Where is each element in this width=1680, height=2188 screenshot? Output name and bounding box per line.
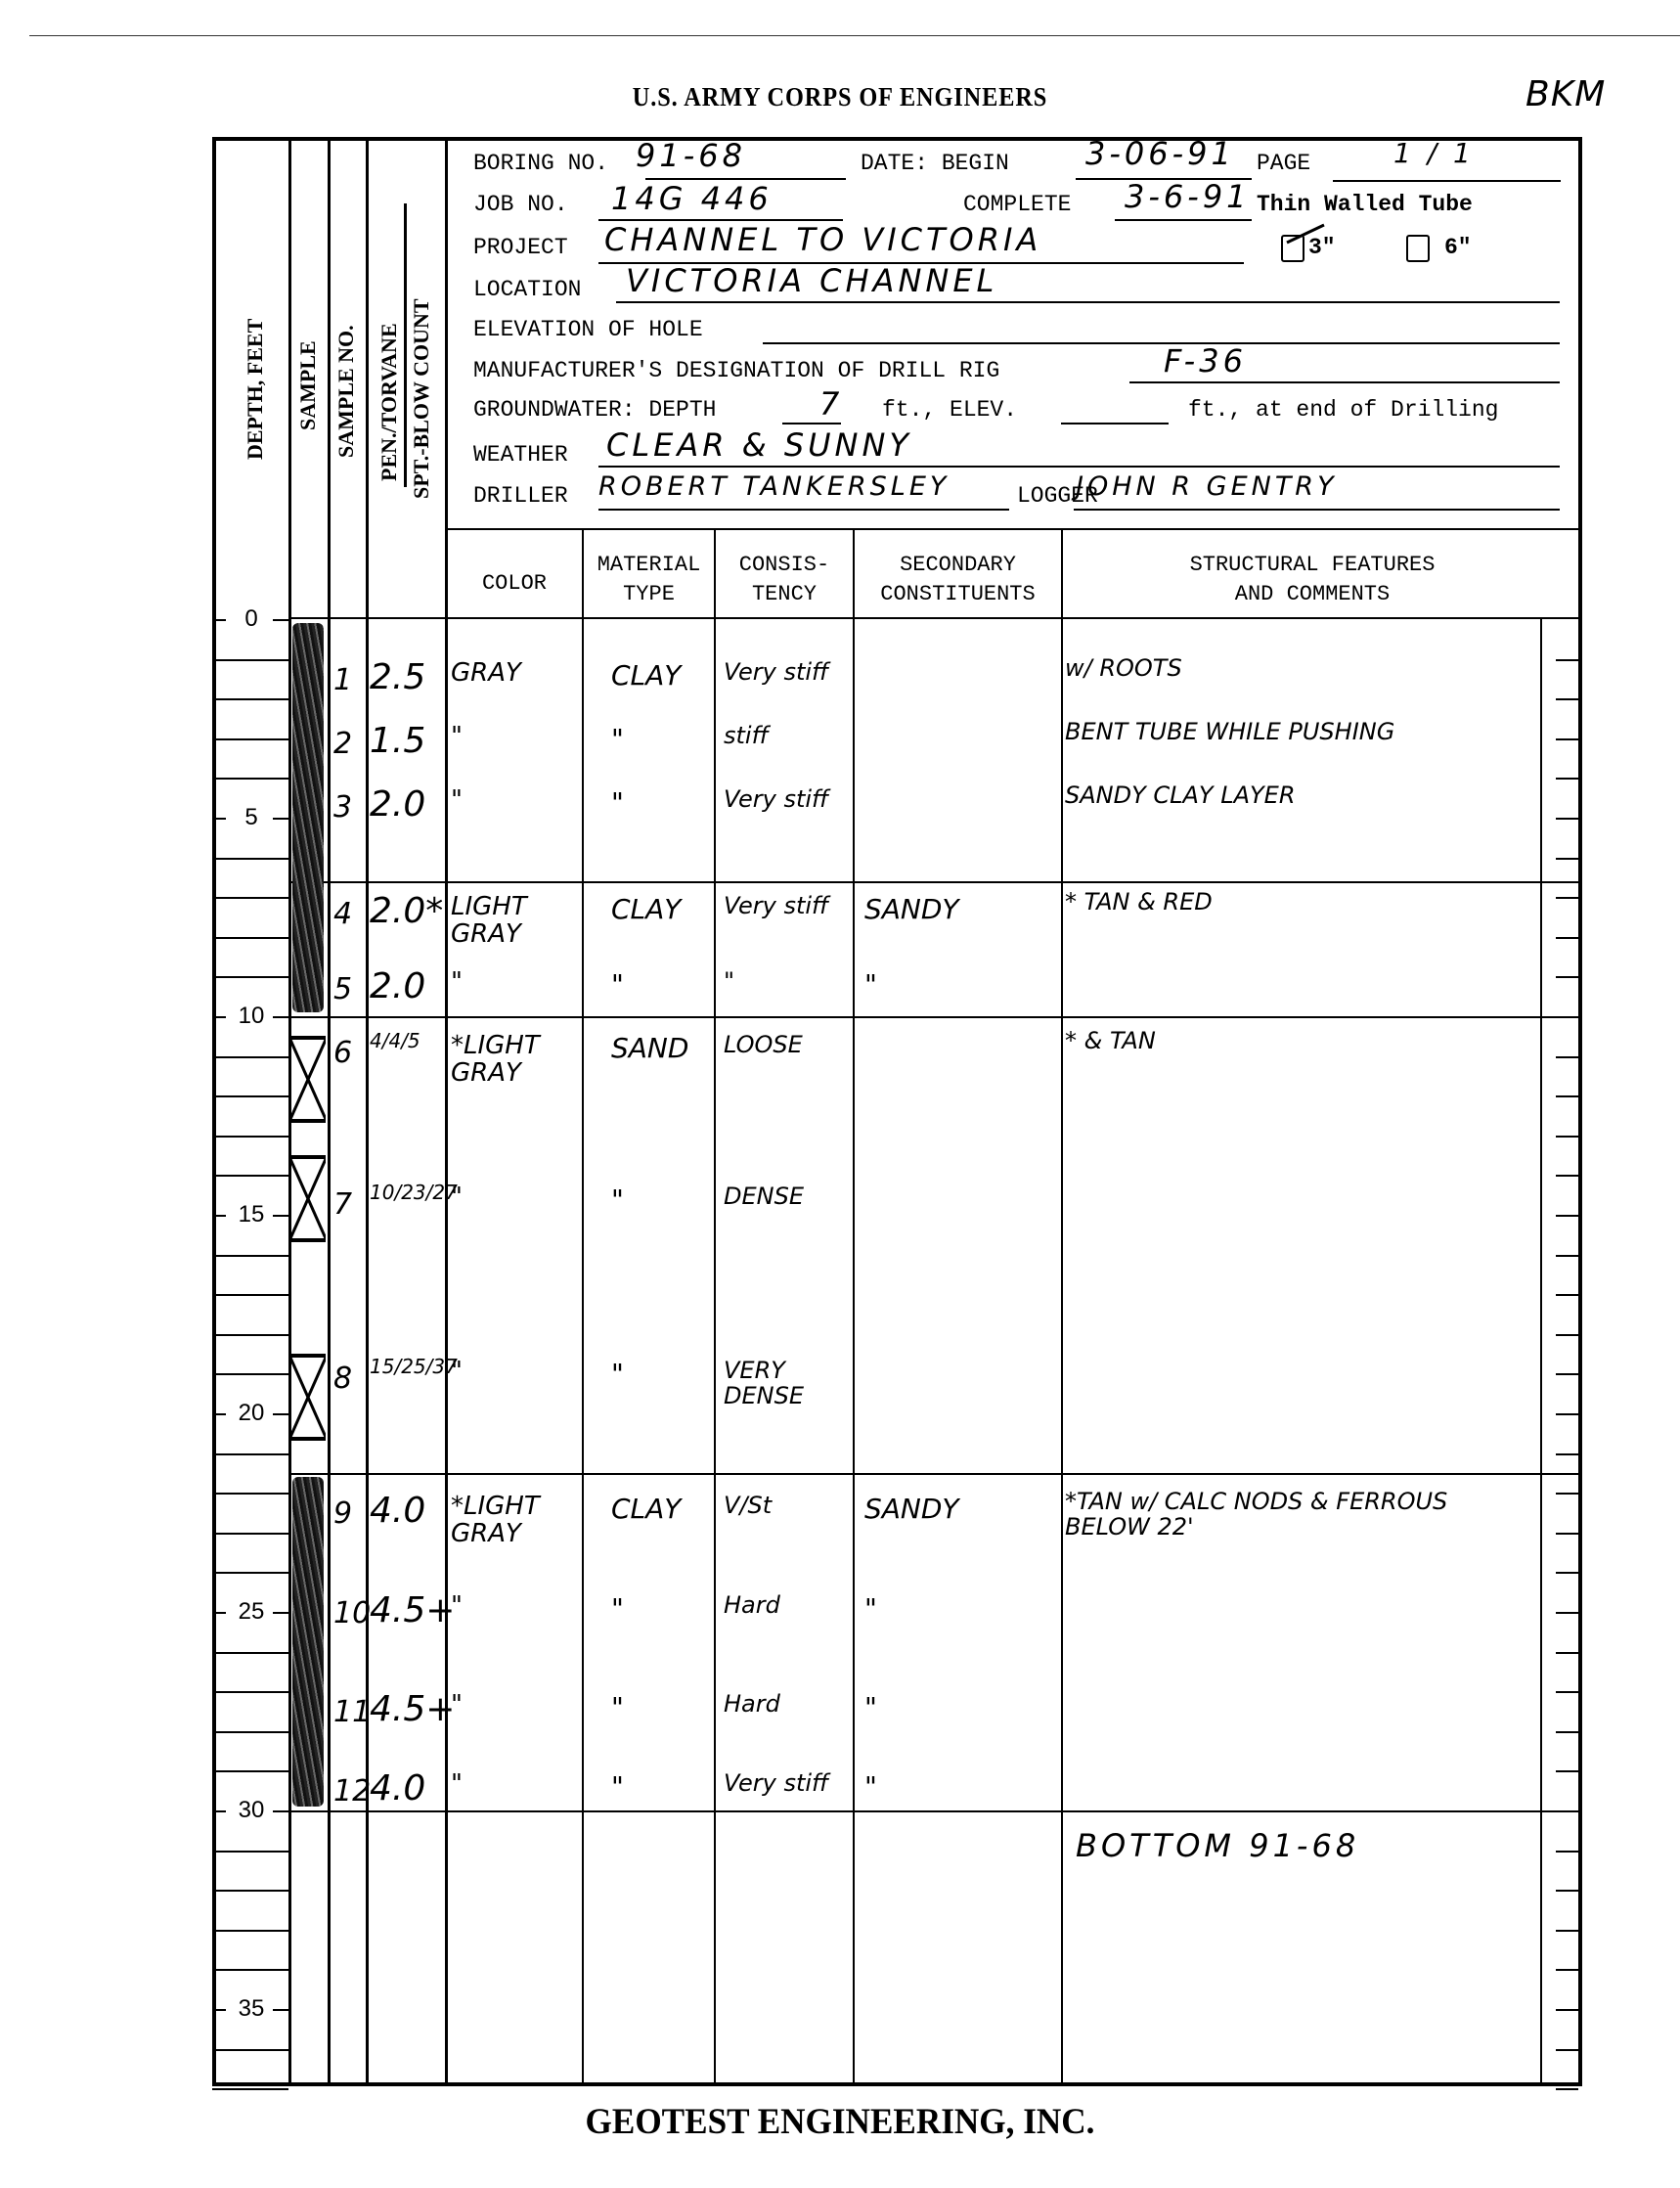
- right-tick: [1556, 1136, 1578, 1138]
- boring-no-label: BORING NO.: [473, 151, 608, 176]
- color-value: ": [451, 1358, 578, 1385]
- elevation-label: ELEVATION OF HOLE: [473, 317, 703, 342]
- right-tick: [1556, 1334, 1578, 1336]
- depth-tick-major: [273, 1612, 288, 1614]
- pen-torvane-value: 2.5: [370, 657, 425, 697]
- right-tick: [1556, 738, 1578, 740]
- right-tick: [1556, 1572, 1578, 1574]
- header-divider: [445, 528, 1578, 530]
- right-tick: [1556, 1731, 1578, 1733]
- depth-label: 35: [232, 1995, 271, 2023]
- secondary-value: ": [864, 1691, 877, 1723]
- depth-tick-major: [212, 1215, 226, 1217]
- col-sample: SAMPLE: [295, 340, 321, 430]
- depth-tick-minor: [212, 937, 288, 939]
- col-structural-line1: STRUCTURAL FEATURES: [1063, 551, 1562, 580]
- material-value: ": [611, 1183, 624, 1216]
- pen-torvane-value: 2.0*: [370, 891, 443, 931]
- right-tick: [1556, 1095, 1578, 1097]
- sample-number: 4: [333, 897, 352, 931]
- groundwater-depth-underline: [782, 423, 841, 424]
- weather-value[interactable]: CLEAR & SUNNY: [606, 426, 912, 464]
- sample-number: 2: [333, 727, 352, 761]
- drill-rig-label: MANUFACTURER'S DESIGNATION OF DRILL RIG: [473, 358, 999, 383]
- column-divider: [853, 528, 855, 2083]
- depth-tick-major: [273, 1215, 288, 1217]
- col-secondary-line1: SECONDARY: [855, 551, 1061, 580]
- depth-tick-minor: [212, 1056, 288, 1058]
- sample-number: 8: [333, 1362, 352, 1396]
- end-of-drilling-label: ft., at end of Drilling: [1188, 397, 1498, 423]
- column-divider: [445, 140, 448, 2083]
- depth-tick-major: [212, 2009, 226, 2011]
- logger-value[interactable]: JOHN R GENTRY: [1076, 471, 1338, 502]
- color-value: *LIGHT GRAY: [451, 1493, 578, 1547]
- material-value: ": [611, 1691, 624, 1723]
- job-no-label: JOB NO.: [473, 192, 568, 217]
- consistency-value: Hard: [724, 1691, 851, 1717]
- secondary-value: ": [864, 968, 877, 1001]
- col-consistency: CONSIS- TENCY: [716, 551, 853, 609]
- company-footer: GEOTEST ENGINEERING, INC.: [42, 2101, 1638, 2143]
- driller-underline: [598, 509, 1009, 511]
- secondary-value: SANDY: [864, 893, 959, 925]
- bottom-of-boring-note: BOTTOM 91-68: [1076, 1827, 1359, 1864]
- right-tick: [1556, 858, 1578, 860]
- sample-number: 9: [333, 1496, 352, 1531]
- depth-tick-major: [212, 1810, 226, 1812]
- right-tick: [1556, 2088, 1578, 2090]
- date-complete-value[interactable]: 3-6-91: [1125, 178, 1251, 215]
- page-label: PAGE: [1257, 151, 1310, 176]
- depth-tick-minor: [212, 1373, 288, 1375]
- right-tick: [1556, 1453, 1578, 1455]
- depth-tick-minor: [212, 1930, 288, 1932]
- right-tick: [1556, 1890, 1578, 1892]
- depth-tick-minor: [212, 858, 288, 860]
- depth-tick-minor: [212, 1851, 288, 1853]
- drill-rig-underline: [1129, 381, 1560, 383]
- depth-tick-minor: [212, 1770, 288, 1772]
- tube-3in-label: 3": [1308, 235, 1336, 260]
- right-tick: [1556, 1612, 1578, 1614]
- comment-value: w/ ROOTS: [1065, 655, 1515, 681]
- material-value: ": [611, 786, 624, 819]
- tube-sample-icon: [292, 623, 324, 1012]
- right-tick: [1556, 976, 1578, 978]
- right-tick: [1556, 1533, 1578, 1535]
- right-tick: [1556, 659, 1578, 661]
- col-consistency-line1: CONSIS-: [716, 551, 853, 580]
- color-value: ": [451, 723, 578, 750]
- depth-tick-minor: [212, 1691, 288, 1693]
- depth-tick-major: [273, 619, 288, 621]
- location-value[interactable]: VICTORIA CHANNEL: [626, 262, 997, 299]
- depth-tick-minor: [212, 2049, 288, 2051]
- depth-tick-minor: [212, 1493, 288, 1495]
- right-tick: [1556, 1652, 1578, 1654]
- right-tick: [1556, 2049, 1578, 2051]
- tube-sample-icon: [292, 1477, 324, 1807]
- right-tick: [1556, 1175, 1578, 1177]
- column-divider: [1061, 528, 1063, 2083]
- depth-label: 15: [232, 1201, 271, 1228]
- col-sample-no: SAMPLE NO.: [333, 325, 359, 458]
- pen-torvane-value: 4.5+: [370, 1689, 455, 1729]
- depth-tick-minor: [212, 897, 288, 899]
- tube-6in-label: 6": [1444, 235, 1472, 260]
- depth-tick-minor: [212, 698, 288, 700]
- sample-number: 1: [333, 663, 352, 697]
- comment-value: SANDY CLAY LAYER: [1065, 782, 1515, 808]
- depth-label: 0: [232, 605, 271, 633]
- right-tick: [1556, 1770, 1578, 1772]
- depth-label: 20: [232, 1400, 271, 1427]
- depth-tick-minor: [212, 738, 288, 740]
- depth-tick-minor: [212, 778, 288, 780]
- location-underline: [616, 301, 1560, 303]
- depth-label: 30: [232, 1797, 271, 1824]
- col-material: MATERIAL TYPE: [584, 551, 714, 609]
- weather-label: WEATHER: [473, 442, 568, 468]
- secondary-value: ": [864, 1770, 877, 1803]
- depth-tick-major: [273, 2009, 288, 2011]
- right-tick: [1556, 818, 1578, 820]
- depth-tick-minor: [212, 1136, 288, 1138]
- depth-tick-minor: [212, 659, 288, 661]
- strata-boundary: [288, 1810, 1578, 1812]
- pen-torvane-value: 2.0: [370, 784, 425, 825]
- col-secondary-line2: CONSTITUENTS: [855, 580, 1061, 609]
- material-value: CLAY: [611, 893, 681, 925]
- col-structural-line2: AND COMMENTS: [1063, 580, 1562, 609]
- sample-number: 6: [333, 1036, 352, 1070]
- groundwater-depth-value[interactable]: 7: [819, 385, 843, 423]
- comment-value: * & TAN: [1065, 1028, 1515, 1053]
- right-tick: [1556, 1294, 1578, 1296]
- consistency-value: Hard: [724, 1592, 851, 1618]
- depth-tick-minor: [212, 1453, 288, 1455]
- spt-sample-icon: [290, 1155, 326, 1242]
- right-tick: [1556, 1969, 1578, 1971]
- depth-tick-minor: [212, 1294, 288, 1296]
- pen-torvane-value: 10/23/27: [370, 1182, 438, 1203]
- boring-row: BORING NO.: [473, 151, 608, 176]
- reviewer-initials: BKM: [1525, 74, 1606, 114]
- material-value: ": [611, 1592, 624, 1625]
- column-divider: [328, 140, 331, 2083]
- consistency-value: Very stiff: [724, 786, 851, 812]
- logger-underline: [1074, 509, 1560, 511]
- secondary-value: SANDY: [864, 1493, 959, 1525]
- pen-torvane-value: 4.0: [370, 1491, 425, 1531]
- right-tick: [1556, 1851, 1578, 1853]
- col-material-line2: TYPE: [584, 580, 714, 609]
- right-tick: [1556, 1373, 1578, 1375]
- agency-title: U.S. ARMY CORPS OF ENGINEERS: [84, 82, 1596, 112]
- complete-label: COMPLETE: [963, 192, 1071, 217]
- strata-boundary: [288, 1016, 1578, 1018]
- depth-label: 10: [232, 1003, 271, 1030]
- color-value: LIGHT GRAY: [451, 893, 578, 948]
- material-value: ": [611, 1358, 624, 1390]
- depth-tick-minor: [212, 2088, 288, 2090]
- depth-tick-major: [212, 1413, 226, 1415]
- consistency-value: Very stiff: [724, 893, 851, 918]
- job-no-value[interactable]: 14G 446: [611, 180, 773, 217]
- comment-value: * TAN & RED: [1065, 889, 1515, 915]
- date-complete-underline: [1115, 219, 1252, 221]
- sample-number: 11: [333, 1695, 371, 1729]
- depth-tick-major: [212, 619, 226, 621]
- depth-tick-minor: [212, 976, 288, 978]
- material-value: ": [611, 723, 624, 755]
- sample-number: 7: [333, 1187, 352, 1222]
- date-begin-label: DATE: BEGIN: [861, 151, 1009, 176]
- depth-tick-minor: [212, 1652, 288, 1654]
- date-begin-value[interactable]: 3-06-91: [1085, 135, 1235, 172]
- material-value: ": [611, 968, 624, 1001]
- col-consistency-line2: TENCY: [716, 580, 853, 609]
- consistency-value: DENSE: [724, 1183, 851, 1209]
- right-tick: [1556, 937, 1578, 939]
- depth-tick-minor: [212, 1572, 288, 1574]
- groundwater-depth-label: GROUNDWATER: DEPTH: [473, 397, 716, 423]
- sample-number: 5: [333, 972, 352, 1006]
- sample-number: 12: [333, 1774, 371, 1808]
- strata-boundary: [288, 881, 1578, 883]
- col-material-line1: MATERIAL: [584, 551, 714, 580]
- depth-tick-minor: [212, 1095, 288, 1097]
- depth-tick-major: [273, 1413, 288, 1415]
- consistency-value: stiff: [724, 723, 851, 748]
- right-tick: [1556, 1413, 1578, 1415]
- depth-tick-major: [273, 1810, 288, 1812]
- color-value: ": [451, 968, 578, 996]
- pen-torvane-value: 4/4/5: [370, 1030, 438, 1051]
- consistency-value: V/St: [724, 1493, 851, 1518]
- tick-strip-divider: [1540, 617, 1542, 2083]
- boring-no-value[interactable]: 91-68: [636, 137, 746, 174]
- elevation-underline[interactable]: [763, 342, 1560, 344]
- material-value: CLAY: [611, 1493, 681, 1525]
- right-tick: [1556, 698, 1578, 700]
- color-value: ": [451, 1770, 578, 1798]
- spt-sample-icon: [290, 1036, 326, 1123]
- consistency-value: Very stiff: [724, 1770, 851, 1796]
- driller-label: DRILLER: [473, 483, 568, 509]
- location-label: LOCATION: [473, 277, 581, 302]
- driller-value[interactable]: ROBERT TANKERSLEY: [598, 471, 950, 502]
- secondary-value: ": [864, 1592, 877, 1625]
- pen-torvane-value: 4.0: [370, 1768, 425, 1808]
- comment-value: *TAN w/ CALC NODS & FERROUS BELOW 22': [1065, 1489, 1515, 1540]
- material-value: CLAY: [611, 659, 681, 692]
- pen-torvane-value: 1.5: [370, 721, 425, 761]
- depth-tick-major: [212, 1612, 226, 1614]
- depth-tick-major: [273, 818, 288, 820]
- scan-edge-line: [29, 35, 1680, 36]
- depth-label: 5: [232, 804, 271, 831]
- col-depth-feet: DEPTH, FEET: [243, 319, 268, 460]
- right-tick: [1556, 1056, 1578, 1058]
- material-value: SAND: [611, 1032, 688, 1064]
- right-tick: [1556, 1930, 1578, 1932]
- comment-value: BENT TUBE WHILE PUSHING: [1065, 719, 1515, 744]
- right-tick: [1556, 1691, 1578, 1693]
- right-tick: [1556, 778, 1578, 780]
- right-tick: [1556, 2009, 1578, 2011]
- col-secondary: SECONDARY CONSTITUENTS: [855, 551, 1061, 609]
- column-divider: [582, 528, 584, 2083]
- depth-label: 25: [232, 1598, 271, 1626]
- consistency-value: ": [724, 968, 851, 994]
- spt-sample-icon: [290, 1354, 326, 1441]
- consistency-value: LOOSE: [724, 1032, 851, 1057]
- fraction-bar: [404, 203, 407, 487]
- project-value[interactable]: CHANNEL TO VICTORIA: [604, 221, 1041, 258]
- depth-tick-minor: [212, 1969, 288, 1971]
- sample-number: 3: [333, 790, 352, 825]
- col-spt-blow-count: SPT.-BLOW COUNT: [409, 298, 434, 499]
- material-value: ": [611, 1770, 624, 1803]
- elev-label: ft., ELEV.: [882, 397, 1017, 423]
- gw-elev-underline[interactable]: [1061, 423, 1169, 424]
- depth-tick-major: [212, 1016, 226, 1018]
- color-value: ": [451, 786, 578, 814]
- depth-tick-minor: [212, 1890, 288, 1892]
- sample-number: 10: [333, 1596, 371, 1630]
- depth-tick-minor: [212, 1255, 288, 1257]
- depth-tick-minor: [212, 1533, 288, 1535]
- strata-boundary: [288, 1473, 1578, 1475]
- thin-walled-tube-label: Thin Walled Tube: [1257, 192, 1473, 217]
- depth-tick-minor: [212, 1731, 288, 1733]
- right-tick: [1556, 897, 1578, 899]
- column-header-divider: [288, 617, 1578, 619]
- pen-torvane-value: 2.0: [370, 966, 425, 1006]
- consistency-value: VERY DENSE: [724, 1358, 851, 1408]
- weather-underline: [598, 466, 1560, 468]
- depth-tick-minor: [212, 1175, 288, 1177]
- right-tick: [1556, 1255, 1578, 1257]
- color-value: GRAY: [451, 659, 578, 687]
- right-tick: [1556, 1215, 1578, 1217]
- color-value: ": [451, 1691, 578, 1719]
- col-color: COLOR: [447, 569, 582, 599]
- page-underline: [1333, 180, 1561, 182]
- color-value: ": [451, 1183, 578, 1211]
- page-value[interactable]: 1 / 1: [1393, 137, 1475, 169]
- pen-torvane-value: 15/25/37: [370, 1356, 438, 1377]
- col-pen-torvane: PEN./TORVANE: [376, 323, 402, 481]
- project-label: PROJECT: [473, 235, 568, 260]
- depth-tick-minor: [212, 1334, 288, 1336]
- col-structural: STRUCTURAL FEATURES AND COMMENTS: [1063, 551, 1562, 609]
- column-divider: [714, 528, 716, 2083]
- depth-tick-major: [273, 1016, 288, 1018]
- drill-rig-value[interactable]: F-36: [1164, 342, 1247, 380]
- tube-6in-checkbox[interactable]: [1406, 235, 1430, 262]
- pen-torvane-value: 4.5+: [370, 1590, 455, 1630]
- consistency-value: Very stiff: [724, 659, 851, 685]
- depth-tick-major: [212, 818, 226, 820]
- color-value: *LIGHT GRAY: [451, 1032, 578, 1087]
- color-value: ": [451, 1592, 578, 1620]
- right-tick: [1556, 1493, 1578, 1495]
